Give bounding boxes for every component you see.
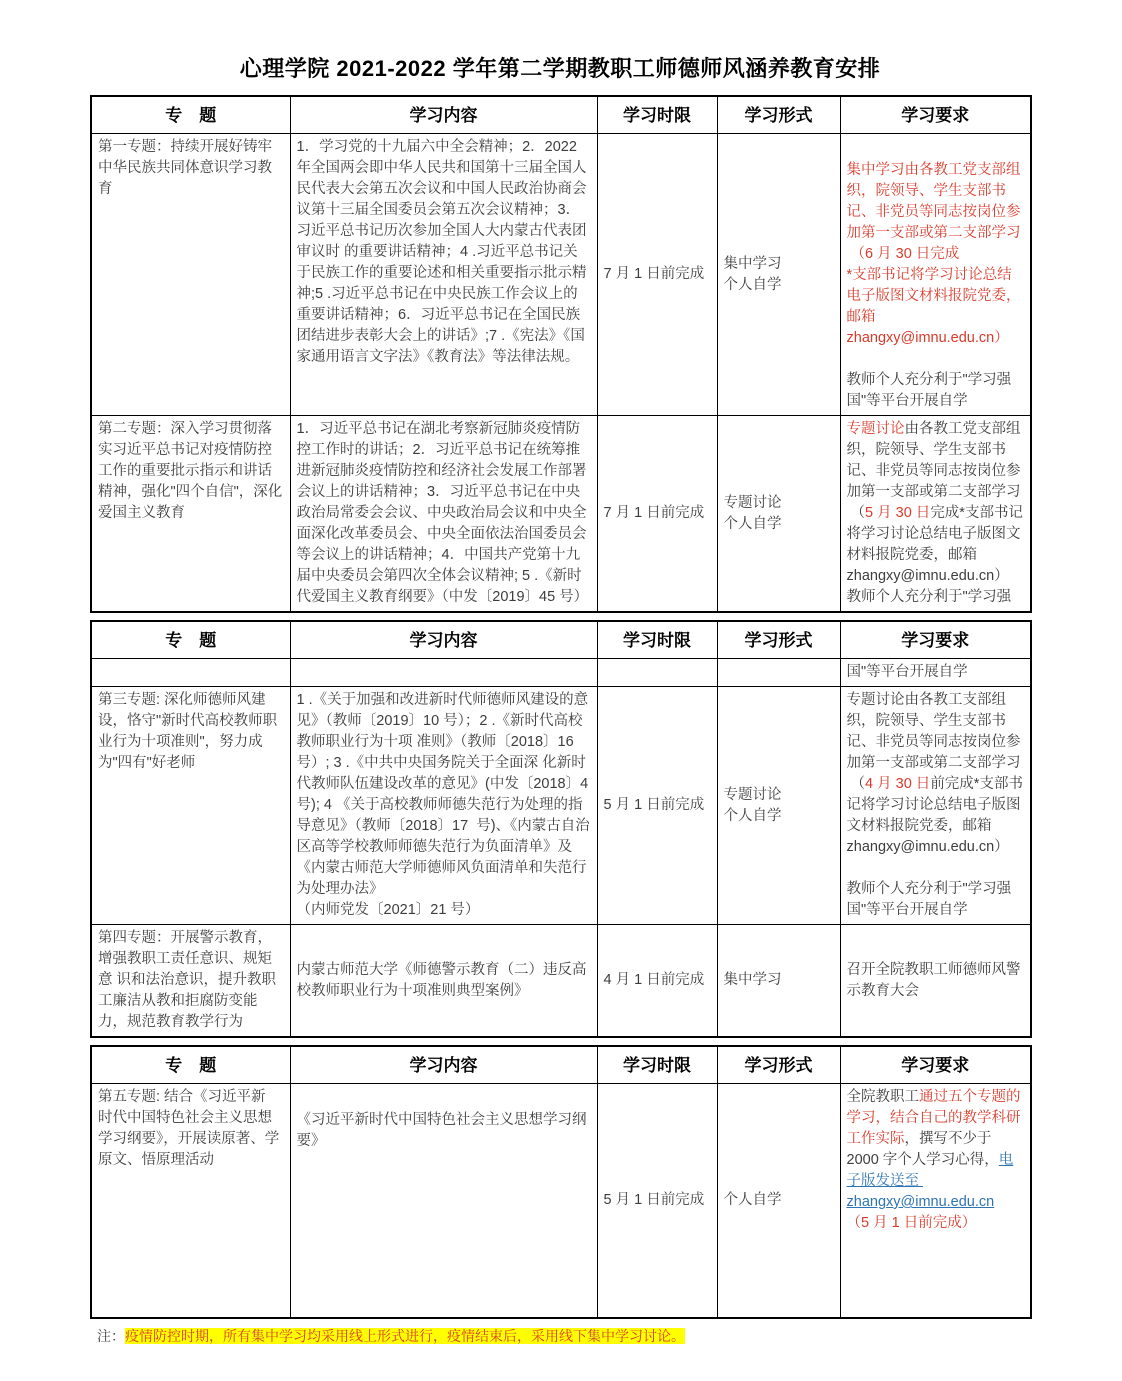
header-row: 专 题 学习内容 学习时限 学习形式 学习要求 <box>91 621 1031 659</box>
requirement-black-text: 前完成*支部书记将学习讨论总结电子版图文材料报院党委，邮箱 zhangxy@im… <box>847 776 1023 918</box>
document-page: 心理学院 2021-2022 学年第二学期教职工师德师风涵养教育安排 专 题 学… <box>0 0 1122 1346</box>
column-header-content: 学习内容 <box>290 96 597 134</box>
table-row-topic-4: 第四专题：开展警示教育，增强教职工责任意识、规矩意 识和法治意识，提升教职工廉洁… <box>91 925 1031 1038</box>
form-cell: 专题讨论 个人自学 <box>717 416 840 613</box>
column-header-requirement: 学习要求 <box>840 96 1031 134</box>
footnote-label: 注： <box>97 1328 125 1344</box>
schedule-table-section-3: 专 题 学习内容 学习时限 学习形式 学习要求 第五专题: 结合《习近平新 时代… <box>90 1045 1032 1319</box>
page-title: 心理学院 2021-2022 学年第二学期教职工师德师风涵养教育安排 <box>90 52 1030 83</box>
table-row-topic-1: 第一专题：持续开展好铸牢中华民族共同体意识学习教育 1．学习党的十九届六中全会精… <box>91 134 1031 416</box>
header-row: 专 题 学习内容 学习时限 学习形式 学习要求 <box>91 1046 1031 1084</box>
column-header-form: 学习形式 <box>717 621 840 659</box>
column-header-deadline: 学习时限 <box>597 96 717 134</box>
table-row-topic-5: 第五专题: 结合《习近平新 时代中国特色社会主义思想学习纲要》，开展读原著、学原… <box>91 1084 1031 1318</box>
deadline-cell: 7 月 1 日前完成 <box>597 134 717 416</box>
deadline-cell <box>597 659 717 687</box>
topic-cell <box>91 659 290 687</box>
column-header-topic: 专 题 <box>91 96 290 134</box>
content-cell: 内蒙古师范大学《师德警示教育（二）违反高校教师职业行为十项准则典型案例》 <box>290 925 597 1038</box>
footnote-highlight: 疫情防控时期，所有集中学习均采用线上形式进行，疫情结束后，采用线下集中学习讨论。 <box>125 1328 685 1344</box>
schedule-table-section-1: 专 题 学习内容 学习时限 学习形式 学习要求 第一专题：持续开展好铸牢中华民族… <box>90 95 1032 613</box>
table-row-continuation: 国"等平台开展自学 <box>91 659 1031 687</box>
form-cell: 集中学习 个人自学 <box>717 134 840 416</box>
footnote: 注：疫情防控时期，所有集中学习均采用线上形式进行，疫情结束后，采用线下集中学习讨… <box>97 1326 1122 1346</box>
column-header-topic: 专 题 <box>91 621 290 659</box>
column-header-deadline: 学习时限 <box>597 1046 717 1084</box>
deadline-cell: 4 月 1 日前完成 <box>597 925 717 1038</box>
requirement-cell: 国"等平台开展自学 <box>840 659 1031 687</box>
requirement-cell: 召开全院教职工师德师风警示教育大会 <box>840 925 1031 1038</box>
content-cell: 1 .《关于加强和改进新时代师德师风建设的意见》（教师〔2019〕10 号）；2… <box>290 687 597 925</box>
column-header-requirement: 学习要求 <box>840 1046 1031 1084</box>
schedule-table-section-2: 专 题 学习内容 学习时限 学习形式 学习要求 国"等平台开展自学 第三专题: … <box>90 620 1032 1038</box>
requirement-cell: 专题讨论由各教工党支部组织，院领导、学生支部书记、非党员等同志按岗位参加第一支部… <box>840 416 1031 613</box>
deadline-cell: 5 月 1 日前完成 <box>597 687 717 925</box>
requirement-red-text: 专题讨论 <box>847 421 905 437</box>
requirement-black-text: 教师个人充分利于"学习强国"等平台开展自学 <box>847 372 1012 409</box>
requirement-red-date: （5 月 1 日前完成） <box>847 1215 977 1231</box>
content-cell: 1．习近平总书记在湖北考察新冠肺炎疫情防控工作时的讲话；2．习近平总书记在统筹推… <box>290 416 597 613</box>
table-row-topic-2: 第二专题：深入学习贯彻落实习近平总书记对疫情防控工作的重要批示指示和讲话精神，强… <box>91 416 1031 613</box>
form-cell: 集中学习 <box>717 925 840 1038</box>
requirement-black-text: 全院教职工 <box>847 1089 920 1105</box>
topic-cell: 第二专题：深入学习贯彻落实习近平总书记对疫情防控工作的重要批示指示和讲话精神，强… <box>91 416 290 613</box>
column-header-topic: 专 题 <box>91 1046 290 1084</box>
column-header-deadline: 学习时限 <box>597 621 717 659</box>
deadline-cell: 7 月 1 日前完成 <box>597 416 717 613</box>
requirement-red-date: 4 月 30 日 <box>865 776 930 792</box>
column-header-form: 学习形式 <box>717 1046 840 1084</box>
content-cell: 《习近平新时代中国特色社会主义思想学习纲要》 <box>290 1084 597 1318</box>
topic-cell: 第四专题：开展警示教育，增强教职工责任意识、规矩意 识和法治意识，提升教职工廉洁… <box>91 925 290 1038</box>
column-header-content: 学习内容 <box>290 1046 597 1084</box>
deadline-cell: 5 月 1 日前完成 <box>597 1084 717 1318</box>
content-cell: 1．学习党的十九届六中全会精神；2．2022 年全国两会即中华人民共和国第十三届… <box>290 134 597 416</box>
requirement-cell: 全院教职工通过五个专题的学习，结合自己的教学科研工作实际，撰写不少于 2000 … <box>840 1084 1031 1318</box>
form-cell <box>717 659 840 687</box>
content-cell <box>290 659 597 687</box>
form-cell: 个人自学 <box>717 1084 840 1318</box>
column-header-form: 学习形式 <box>717 96 840 134</box>
topic-cell: 第五专题: 结合《习近平新 时代中国特色社会主义思想学习纲要》，开展读原著、学原… <box>91 1084 290 1318</box>
topic-cell: 第三专题: 深化师德师风建设，恪守"新时代高校教师职 业行为十项准则"，努力成为… <box>91 687 290 925</box>
requirement-cell: 专题讨论由各教工支部组织，院领导、学生支部书记、非党员等同志按岗位参加第一支部或… <box>840 687 1031 925</box>
form-cell: 专题讨论 个人自学 <box>717 687 840 925</box>
requirement-red-text: 集中学习由各教工党支部组织，院领导、学生支部书记、非党员等同志按岗位参加第一支部… <box>847 162 1021 346</box>
table-row-topic-3: 第三专题: 深化师德师风建设，恪守"新时代高校教师职 业行为十项准则"，努力成为… <box>91 687 1031 925</box>
topic-cell: 第一专题：持续开展好铸牢中华民族共同体意识学习教育 <box>91 134 290 416</box>
column-header-requirement: 学习要求 <box>840 621 1031 659</box>
requirement-cell: 集中学习由各教工党支部组织，院领导、学生支部书记、非党员等同志按岗位参加第一支部… <box>840 134 1031 416</box>
column-header-content: 学习内容 <box>290 621 597 659</box>
header-row: 专 题 学习内容 学习时限 学习形式 学习要求 <box>91 96 1031 134</box>
requirement-red-date: 5 月 30 日 <box>865 505 930 521</box>
